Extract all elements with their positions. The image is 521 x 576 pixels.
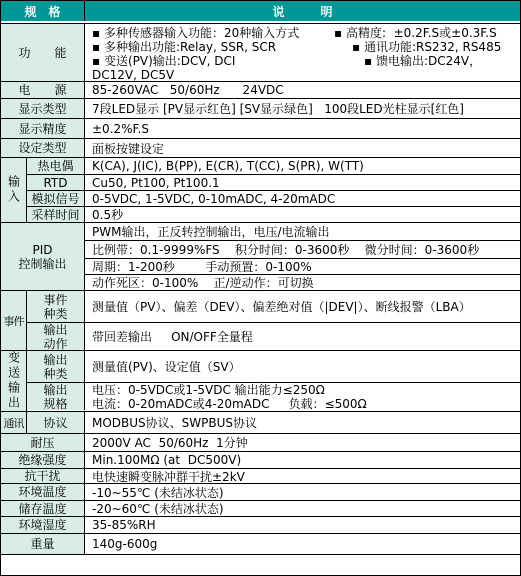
function-line1-left: ▪ 多种传感器输入功能：20种输入方式 xyxy=(92,26,299,40)
row-pid-deadband-action: 动作死区：0-100% 正/逆动作：可切换 xyxy=(85,274,520,290)
pid-row4-value: 动作死区：0-100% 正/逆动作：可切换 xyxy=(92,275,314,290)
protocol-content: MODBUS协议、SWPBUS协议 xyxy=(85,412,520,433)
event-action-content: 带回差输出 ON/OFF全量程 xyxy=(85,323,520,350)
event-kinds-value: 测量值（PV）、偏差（DEV）、偏差绝对值（|DEV|）、断线报警（LBA） xyxy=(92,298,471,315)
event-action-label-line2: 动作 xyxy=(43,337,67,351)
row-analog-signal: 模拟信号 0-5VDC, 1-5VDC, 0-10mADC, 4-20mADC xyxy=(27,190,520,206)
transmit-subrows: 输出 种类 测量值(PV)、设定值（SV） 输出 规格 电压：0-5VDC或1-… xyxy=(27,351,520,411)
setting-type-content: 面板按键设定 xyxy=(85,139,520,157)
transmit-kinds-content: 测量值(PV)、设定值（SV） xyxy=(85,351,520,382)
function-line-1: ▪ 多种传感器输入功能：20种输入方式▪ 高精度: ±0.2F.S或±0.3F.… xyxy=(92,26,520,40)
withstand-voltage-value: 2000V AC 50/60Hz 1分钟 xyxy=(92,434,248,451)
header-spec-column: 规 格 xyxy=(1,1,85,21)
function-line-4: DC12V, DC5V xyxy=(92,68,520,82)
row-weight: 重量 140g-600g xyxy=(1,534,520,555)
header-desc-column: 说 明 xyxy=(85,1,520,21)
row-pid-cycle-preset: 周期：1-200秒 手动预置：0-100% xyxy=(85,258,520,274)
section-transmit: 变送输出 输出 种类 测量值(PV)、设定值（SV） 输出 规格 电压：0-5V… xyxy=(1,351,520,412)
protocol-value: MODBUS协议、SWPBUS协议 xyxy=(92,414,257,431)
function-content: ▪ 多种传感器输入功能：20种输入方式▪ 高精度: ±0.2F.S或±0.3F.… xyxy=(85,24,520,81)
input-subrows: 热电偶 K(CA), J(IC), B(PP), E(CR), T(CC), S… xyxy=(27,158,520,222)
transmit-kinds-label-line1: 输出 xyxy=(43,353,67,367)
weight-label: 重量 xyxy=(1,534,85,554)
transmit-kinds-label: 输出 种类 xyxy=(27,351,85,382)
thermocouple-label: 热电偶 xyxy=(27,158,85,174)
row-anti-interference: 抗干扰 电快速瞬变脉冲群干扰±2kV xyxy=(1,469,520,484)
sampling-time-value: 0.5秒 xyxy=(92,207,123,222)
function-line3-left: ▪ 变送(PV)输出:DCV, DCI xyxy=(92,54,235,68)
row-insulation: 绝缘强度 Min.100MΩ (at DC500V) xyxy=(1,452,520,469)
event-action-value: 带回差输出 ON/OFF全量程 xyxy=(92,328,253,345)
section-pid: PID 控制输出 PWM输出，正反转控制输出，电压/电流输出 比例带：0.1-9… xyxy=(1,223,520,291)
event-kinds-label-line1: 事件 xyxy=(43,293,67,307)
pid-row2-value: 比例带：0.1-9999%FS 积分时间：0-3600秒 微分时间：0-3600… xyxy=(92,241,479,258)
event-action-label-line1: 输出 xyxy=(43,323,67,337)
transmit-kinds-label-line2: 种类 xyxy=(43,367,67,381)
pid-label-line2: 控制输出 xyxy=(18,257,66,271)
power-value: 85-260VAC 50/60Hz 24VDC xyxy=(92,83,284,97)
pid-row3-content: 周期：1-200秒 手动预置：0-100% xyxy=(85,259,520,274)
storage-temp-label: 储存温度 xyxy=(1,501,85,516)
row-storage-temp: 储存温度 -20~60℃ (未结冰状态) xyxy=(1,501,520,517)
ambient-temp-content: -10~55℃ (未结冰状态) xyxy=(85,484,520,500)
section-event: 事件 事件 种类 测量值（PV）、偏差（DEV）、偏差绝对值（|DEV|）、断线… xyxy=(1,291,520,351)
humidity-value: 35-85%RH xyxy=(92,518,156,532)
anti-interference-content: 电快速瞬变脉冲群干扰±2kV xyxy=(85,469,520,483)
display-accuracy-label: 显示精度 xyxy=(1,119,85,138)
storage-temp-value: -20~60℃ (未结冰状态) xyxy=(92,501,224,516)
row-rtd: RTD Cu50, Pt100, Pt100.1 xyxy=(27,174,520,190)
row-event-kinds: 事件 种类 测量值（PV）、偏差（DEV）、偏差绝对值（|DEV|）、断线报警（… xyxy=(27,291,520,322)
rtd-value: Cu50, Pt100, Pt100.1 xyxy=(92,176,220,190)
insulation-label: 绝缘强度 xyxy=(1,452,85,468)
storage-temp-content: -20~60℃ (未结冰状态) xyxy=(85,501,520,516)
pid-row4-content: 动作死区：0-100% 正/逆动作：可切换 xyxy=(85,275,520,290)
setting-type-value: 面板按键设定 xyxy=(92,140,164,157)
power-content: 85-260VAC 50/60Hz 24VDC xyxy=(85,82,520,98)
row-display-type: 显示类型 7段LED显示 [PV显示红色] [SV显示绿色] 100段LED光柱… xyxy=(1,99,520,119)
row-power: 电 源 85-260VAC 50/60Hz 24VDC xyxy=(1,82,520,99)
row-humidity: 环境湿度 35-85%RH xyxy=(1,517,520,534)
protocol-label: 协议 xyxy=(27,412,85,433)
pid-label-line1: PID xyxy=(32,243,52,257)
sampling-time-content: 0.5秒 xyxy=(85,207,520,222)
function-line1-right: ▪ 高精度: ±0.2F.S或±0.3F.S xyxy=(334,26,497,40)
humidity-label: 环境湿度 xyxy=(1,517,85,533)
ambient-temp-label: 环境温度 xyxy=(1,484,85,500)
withstand-voltage-label: 耐压 xyxy=(1,434,85,451)
function-line-3: ▪ 变送(PV)输出:DCV, DCI▪ 馈电输出:DC24V， xyxy=(92,54,520,68)
display-accuracy-value: ±0.2%F.S xyxy=(92,122,149,136)
function-label: 功 能 xyxy=(1,24,85,81)
row-sampling-time: 采样时间 0.5秒 xyxy=(27,206,520,222)
event-kinds-label: 事件 种类 xyxy=(27,291,85,322)
row-display-accuracy: 显示精度 ±0.2%F.S xyxy=(1,119,520,139)
insulation-value: Min.100MΩ (at DC500V) xyxy=(92,453,241,467)
row-event-action: 输出 动作 带回差输出 ON/OFF全量程 xyxy=(27,322,520,350)
event-kinds-label-line2: 种类 xyxy=(43,307,67,321)
row-protocol: 协议 MODBUS协议、SWPBUS协议 xyxy=(27,412,520,433)
display-type-content: 7段LED显示 [PV显示红色] [SV显示绿色] 100段LED光柱显示[红色… xyxy=(85,99,520,118)
withstand-voltage-content: 2000V AC 50/60Hz 1分钟 xyxy=(85,434,520,451)
section-comm: 通讯 协议 MODBUS协议、SWPBUS协议 xyxy=(1,412,520,434)
row-function: 功 能 ▪ 多种传感器输入功能：20种输入方式▪ 高精度: ±0.2F.S或±0… xyxy=(1,24,520,82)
section-input: 输入 热电偶 K(CA), J(IC), B(PP), E(CR), T(CC)… xyxy=(1,158,520,223)
comm-subrows: 协议 MODBUS协议、SWPBUS协议 xyxy=(27,412,520,433)
row-setting-type: 设定类型 面板按键设定 xyxy=(1,139,520,158)
transmit-spec-content: 电压：0-5VDC或1-5VDC 输出能力≤250Ω 电流：0-20mADC或4… xyxy=(85,383,520,410)
rtd-label: RTD xyxy=(27,175,85,190)
event-subrows: 事件 种类 测量值（PV）、偏差（DEV）、偏差绝对值（|DEV|）、断线报警（… xyxy=(27,291,520,350)
analog-signal-value: 0-5VDC, 1-5VDC, 0-10mADC, 4-20mADC xyxy=(92,192,335,206)
pid-row3-value: 周期：1-200秒 手动预置：0-100% xyxy=(92,259,312,274)
transmit-group-label: 变送输出 xyxy=(1,351,27,411)
anti-interference-label: 抗干扰 xyxy=(1,469,85,483)
weight-content: 140g-600g xyxy=(85,534,520,554)
setting-type-label: 设定类型 xyxy=(1,139,85,157)
row-pid-output-types: PWM输出，正反转控制输出，电压/电流输出 xyxy=(85,223,520,240)
event-action-label: 输出 动作 xyxy=(27,323,85,350)
row-withstand-voltage: 耐压 2000V AC 50/60Hz 1分钟 xyxy=(1,434,520,452)
function-line-2: ▪ 多种输出功能:Relay, SSR, SCR▪ 通讯功能:RS232, RS… xyxy=(92,40,520,54)
pid-row1-value: PWM输出，正反转控制输出，电压/电流输出 xyxy=(92,223,330,240)
weight-value: 140g-600g xyxy=(92,537,157,551)
humidity-content: 35-85%RH xyxy=(85,517,520,533)
transmit-spec-voltage: 电压：0-5VDC或1-5VDC 输出能力≤250Ω xyxy=(92,383,325,397)
row-thermocouple: 热电偶 K(CA), J(IC), B(PP), E(CR), T(CC), S… xyxy=(27,158,520,174)
insulation-content: Min.100MΩ (at DC500V) xyxy=(85,452,520,468)
pid-label: PID 控制输出 xyxy=(1,223,85,290)
display-type-value: 7段LED显示 [PV显示红色] [SV显示绿色] 100段LED光柱显示[红色… xyxy=(92,100,464,117)
ambient-temp-value: -10~55℃ (未结冰状态) xyxy=(92,484,224,500)
transmit-spec-label-line2: 规格 xyxy=(43,397,67,411)
function-line2-left: ▪ 多种输出功能:Relay, SSR, SCR xyxy=(92,40,276,54)
event-kinds-content: 测量值（PV）、偏差（DEV）、偏差绝对值（|DEV|）、断线报警（LBA） xyxy=(85,291,520,322)
table-header: 规 格 说 明 xyxy=(1,1,520,21)
rtd-content: Cu50, Pt100, Pt100.1 xyxy=(85,175,520,190)
event-group-label: 事件 xyxy=(1,291,27,350)
input-group-label: 输入 xyxy=(1,158,27,222)
sampling-time-label: 采样时间 xyxy=(27,207,85,222)
transmit-kinds-value: 测量值(PV)、设定值（SV） xyxy=(92,358,241,375)
function-line2-right: ▪ 通讯功能:RS232, RS485 xyxy=(352,40,501,54)
row-ambient-temp: 环境温度 -10~55℃ (未结冰状态) xyxy=(1,484,520,501)
display-type-label: 显示类型 xyxy=(1,99,85,118)
comm-group-label: 通讯 xyxy=(1,412,27,433)
thermocouple-content: K(CA), J(IC), B(PP), E(CR), T(CC), S(PR)… xyxy=(85,158,520,174)
transmit-spec-current: 电流：0-20mADC或4-20mADC 负载：≤500Ω xyxy=(92,397,367,411)
analog-signal-label: 模拟信号 xyxy=(27,191,85,206)
row-transmit-kinds: 输出 种类 测量值(PV)、设定值（SV） xyxy=(27,351,520,382)
thermocouple-value: K(CA), J(IC), B(PP), E(CR), T(CC), S(PR)… xyxy=(92,159,364,173)
transmit-spec-label: 输出 规格 xyxy=(27,383,85,410)
function-line4-left: DC12V, DC5V xyxy=(92,68,174,82)
row-pid-band-times: 比例带：0.1-9999%FS 积分时间：0-3600秒 微分时间：0-3600… xyxy=(85,240,520,258)
pid-row1-content: PWM输出，正反转控制输出，电压/电流输出 xyxy=(85,223,520,240)
pid-subrows: PWM输出，正反转控制输出，电压/电流输出 比例带：0.1-9999%FS 积分… xyxy=(85,223,520,290)
row-transmit-spec: 输出 规格 电压：0-5VDC或1-5VDC 输出能力≤250Ω 电流：0-20… xyxy=(27,382,520,410)
pid-row2-content: 比例带：0.1-9999%FS 积分时间：0-3600秒 微分时间：0-3600… xyxy=(85,241,520,258)
transmit-spec-label-line1: 输出 xyxy=(43,383,67,397)
power-label: 电 源 xyxy=(1,82,85,98)
analog-signal-content: 0-5VDC, 1-5VDC, 0-10mADC, 4-20mADC xyxy=(85,191,520,206)
anti-interference-value: 电快速瞬变脉冲群干扰±2kV xyxy=(92,469,245,483)
display-accuracy-content: ±0.2%F.S xyxy=(85,119,520,138)
spec-table: 规 格 说 明 功 能 ▪ 多种传感器输入功能：20种输入方式▪ 高精度: ±0… xyxy=(0,0,521,576)
function-line3-right: ▪ 馈电输出:DC24V， xyxy=(364,54,481,68)
